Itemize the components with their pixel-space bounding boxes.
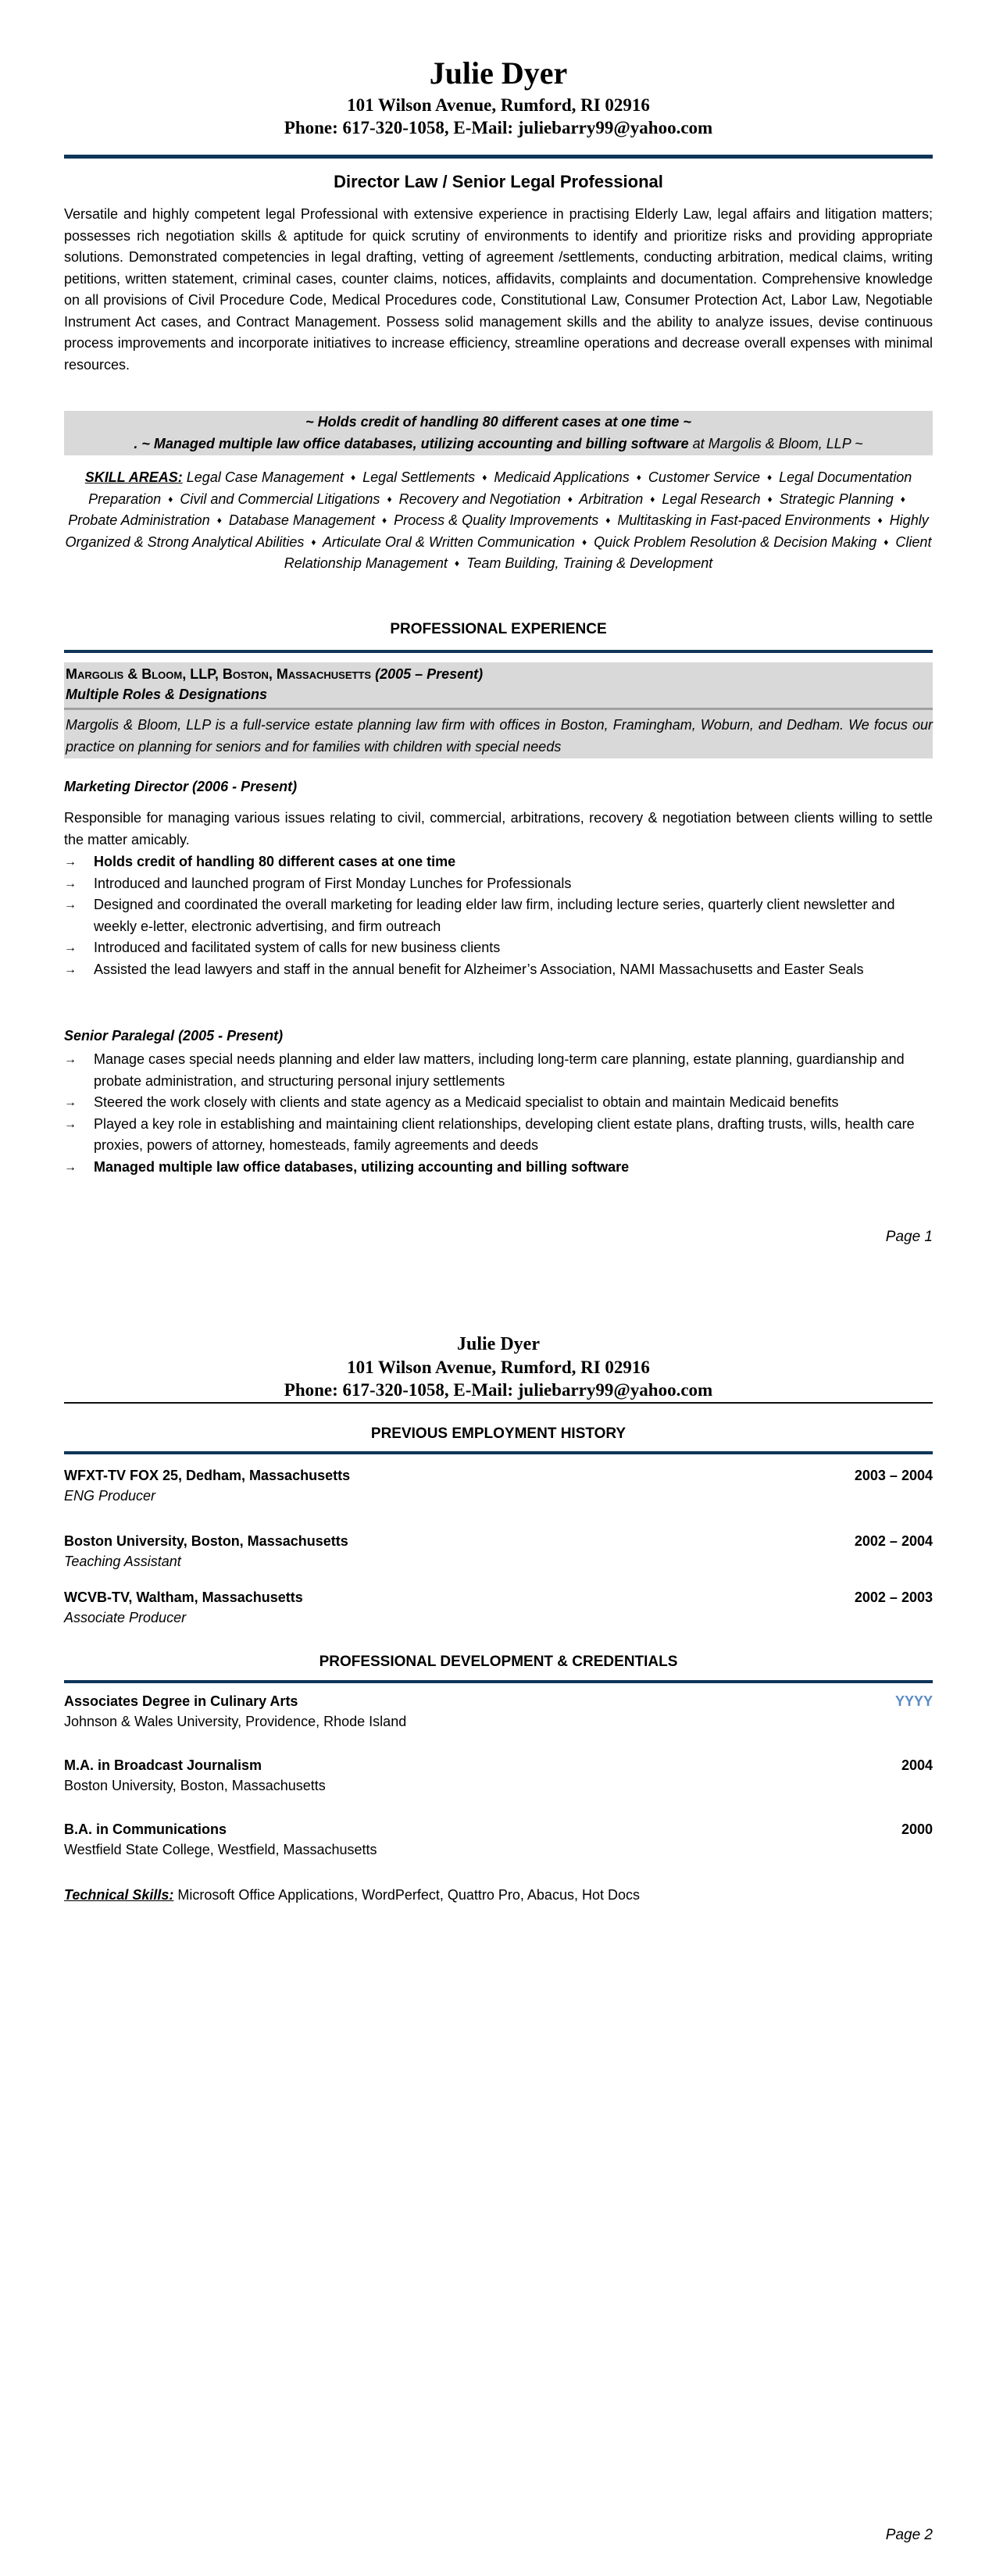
employer-name: Boston University, Boston, Massachusetts: [64, 1531, 348, 1551]
previous-employment-divider: [64, 1451, 933, 1454]
credentials-divider: [64, 1680, 933, 1683]
resume-page-2: Julie Dyer 101 Wilson Avenue, Rumford, R…: [64, 0, 933, 2576]
section-heading-credentials: PROFESSIONAL DEVELOPMENT & CREDENTIALS: [64, 1654, 933, 1671]
address-page-2: 101 Wilson Avenue, Rumford, RI 02916: [64, 1356, 933, 1379]
credential-entry: Associates Degree in Culinary ArtsYYYYJo…: [64, 1691, 933, 1732]
technical-skills: Technical Skills: Microsoft Office Appli…: [64, 1885, 933, 1905]
employment-entry: Boston University, Boston, Massachusetts…: [64, 1531, 933, 1572]
employer-name: WCVB-TV, Waltham, Massachusetts: [64, 1587, 303, 1607]
degree-name: Associates Degree in Culinary Arts: [64, 1691, 298, 1711]
school-name: Westfield State College, Westfield, Mass…: [64, 1839, 933, 1860]
header-divider-page-2: [64, 1402, 933, 1404]
candidate-name-page-2: Julie Dyer: [64, 1333, 933, 1356]
page-number-2: Page 2: [64, 2527, 933, 2544]
credential-entry: M.A. in Broadcast Journalism2004Boston U…: [64, 1755, 933, 1796]
employment-years: 2003 – 2004: [855, 1465, 933, 1486]
degree-year: 2004: [901, 1755, 933, 1775]
technical-skills-label: Technical Skills:: [64, 1887, 173, 1903]
employment-role: Teaching Assistant: [64, 1551, 933, 1572]
degree-name: M.A. in Broadcast Journalism: [64, 1755, 262, 1775]
employment-role: ENG Producer: [64, 1486, 933, 1506]
school-name: Johnson & Wales University, Providence, …: [64, 1711, 933, 1732]
contact-line-page-2: Phone: 617-320-1058, E-Mail: juliebarry9…: [64, 1379, 933, 1401]
degree-year: 2000: [901, 1819, 933, 1839]
section-heading-previous-employment: PREVIOUS EMPLOYMENT HISTORY: [64, 1425, 933, 1443]
employment-entry: WFXT-TV FOX 25, Dedham, Massachusetts200…: [64, 1465, 933, 1506]
degree-name: B.A. in Communications: [64, 1819, 227, 1839]
credential-entry: B.A. in Communications2000Westfield Stat…: [64, 1819, 933, 1860]
employment-role: Associate Producer: [64, 1607, 933, 1628]
school-name: Boston University, Boston, Massachusetts: [64, 1775, 933, 1796]
technical-skills-value: Microsoft Office Applications, WordPerfe…: [173, 1887, 640, 1903]
employment-years: 2002 – 2003: [855, 1587, 933, 1607]
credentials-list: Associates Degree in Culinary ArtsYYYYJo…: [64, 1691, 933, 1860]
previous-employment-list: WFXT-TV FOX 25, Dedham, Massachusetts200…: [64, 1465, 933, 1628]
degree-year: YYYY: [895, 1691, 933, 1711]
employment-years: 2002 – 2004: [855, 1531, 933, 1551]
employer-name: WFXT-TV FOX 25, Dedham, Massachusetts: [64, 1465, 350, 1486]
employment-entry: WCVB-TV, Waltham, Massachusetts2002 – 20…: [64, 1587, 933, 1628]
